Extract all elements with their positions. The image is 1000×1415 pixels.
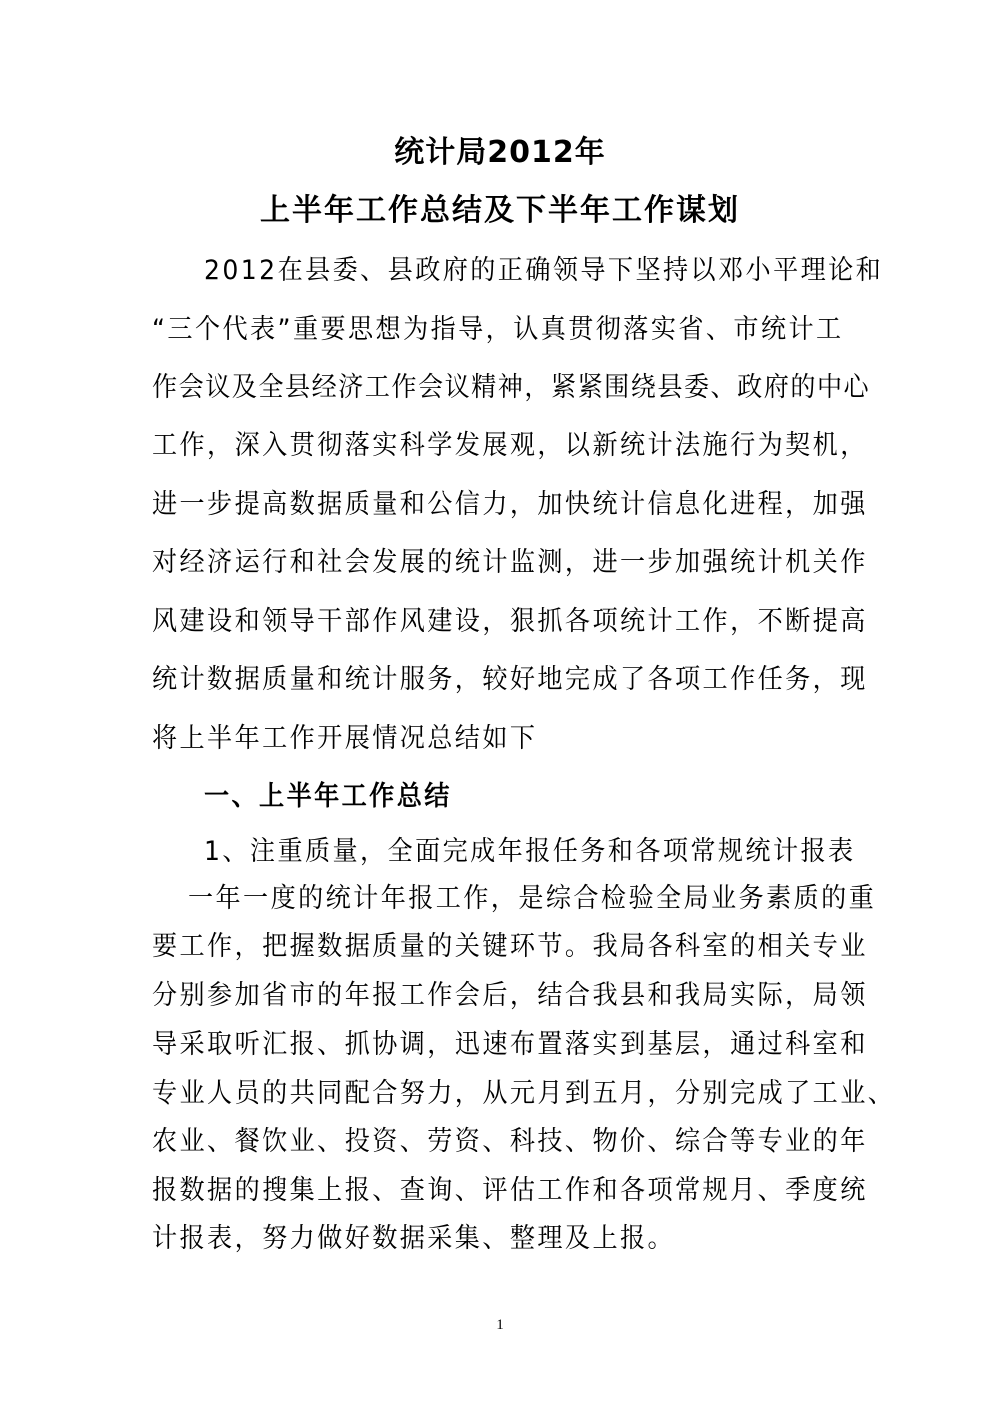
paragraph-line: 进一步提高数据质量和公信力，加快统计信息化进程，加强 (152, 489, 868, 521)
document-title-line-1: 统计局2012年 (0, 135, 1000, 171)
paragraph-line: “三个代表”重要思想为指导，认真贯彻落实省、市统计工 (152, 314, 844, 346)
paragraph-line: 风建设和领导干部作风建设，狠抓各项统计工作，不断提高 (152, 606, 868, 638)
paragraph-line: 导采取听汇报、抓协调，迅速布置落实到基层，通过科室和 (152, 1029, 868, 1061)
paragraph-line: 分别参加省市的年报工作会后，结合我县和我局实际，局领 (152, 980, 868, 1012)
subsection-heading: 1、注重质量，全面完成年报任务和各项常规统计报表 (204, 836, 856, 868)
document-title-line-2: 上半年工作总结及下半年工作谋划 (0, 193, 1000, 229)
paragraph-line: 计报表，努力做好数据采集、整理及上报。 (152, 1223, 675, 1255)
paragraph-line: 对经济运行和社会发展的统计监测，进一步加强统计机关作 (152, 547, 868, 579)
paragraph-line: 2012在县委、县政府的正确领导下坚持以邓小平理论和 (204, 255, 883, 287)
paragraph-line: 工作，深入贯彻落实科学发展观，以新统计法施行为契机， (152, 430, 868, 462)
paragraph-line: 要工作，把握数据质量的关键环节。我局各科室的相关专业 (152, 931, 868, 963)
section-heading: 一、上半年工作总结 (204, 781, 452, 813)
page-number: 1 (0, 1316, 1000, 1334)
paragraph-line: 专业人员的共同配合努力，从元月到五月，分别完成了工业、 (152, 1078, 895, 1110)
paragraph-line: 统计数据质量和统计服务，较好地完成了各项工作任务，现 (152, 664, 868, 696)
paragraph-line: 农业、餐饮业、投资、劳资、科技、物价、综合等专业的年 (152, 1126, 868, 1158)
paragraph-line: 一年一度的统计年报工作，是综合检验全局业务素质的重 (188, 883, 876, 915)
paragraph-line: 报数据的搜集上报、查询、评估工作和各项常规月、季度统 (152, 1175, 868, 1207)
paragraph-line: 作会议及全县经济工作会议精神，紧紧围绕县委、政府的中心 (152, 372, 870, 404)
paragraph-line: 将上半年工作开展情况总结如下 (152, 723, 537, 755)
